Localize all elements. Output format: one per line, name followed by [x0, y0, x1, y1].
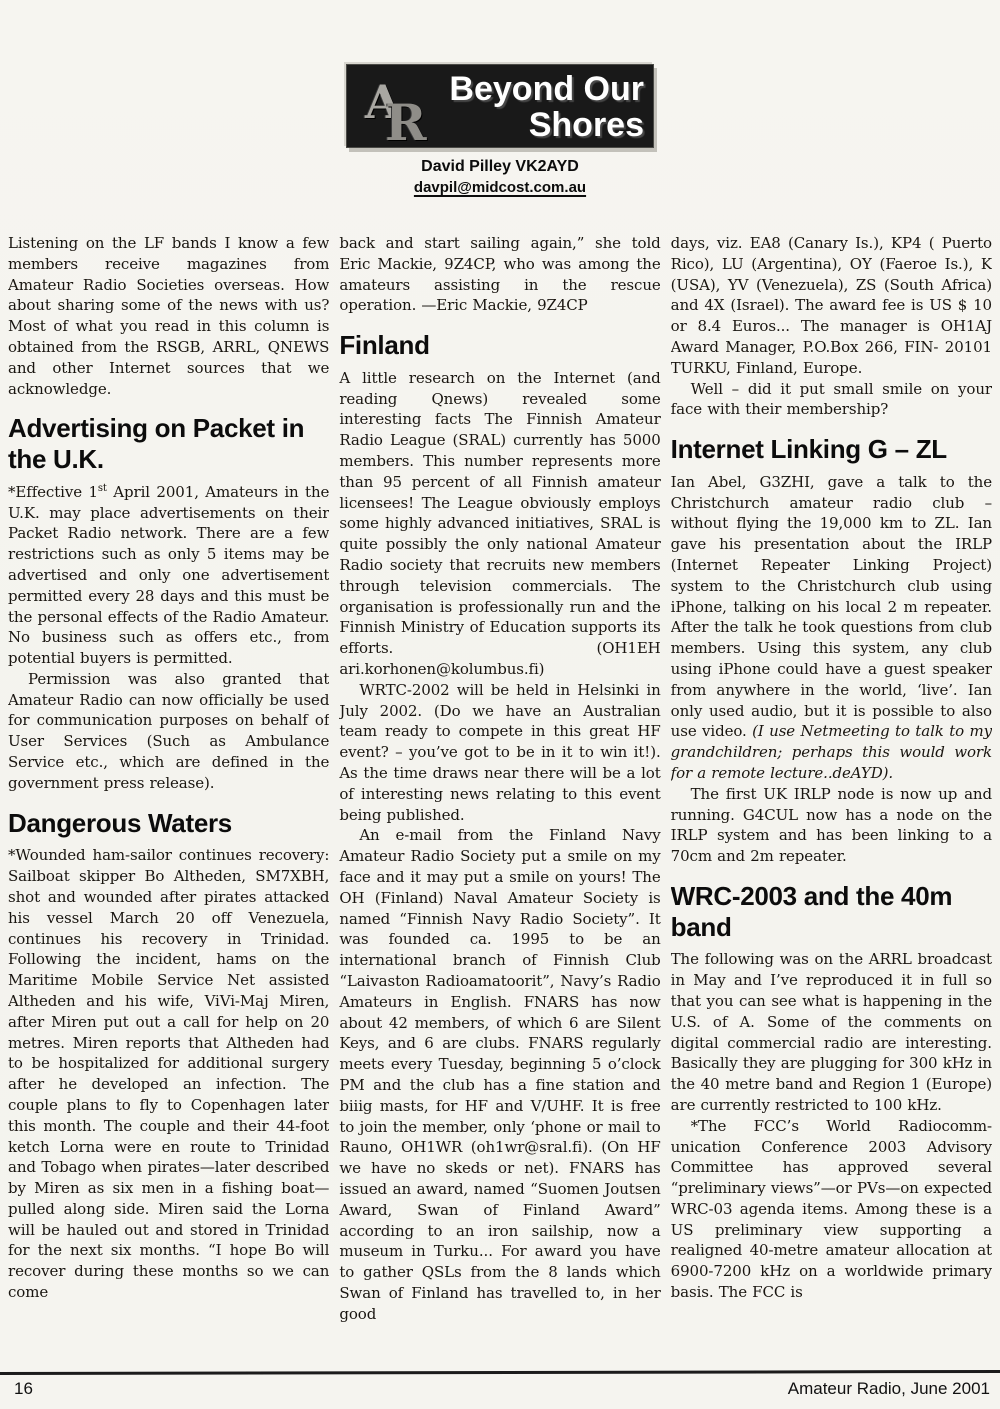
- body-paragraph: *Effective 1st April 2001, Amateurs in t…: [8, 482, 329, 669]
- body-paragraph: Well – did it put small smile on your fa…: [671, 379, 992, 421]
- body-paragraph: WRTC-2002 will be held in Helsinki in Ju…: [339, 680, 660, 826]
- paragraph-text: Ian Abel, G3ZHI, gave a talk to the Chri…: [671, 473, 992, 741]
- logo-letter-r: R: [385, 93, 427, 152]
- article-column-1: Listening on the LF bands I know a few m…: [8, 233, 329, 1363]
- body-paragraph: The following was on the ARRL broadcast …: [671, 949, 992, 1115]
- footer-divider: [0, 1370, 1000, 1375]
- body-paragraph: The first UK IRLP node is now up and run…: [671, 784, 992, 867]
- ar-logo-icon: A R: [353, 67, 443, 145]
- section-heading: Advertising on Packet in the U.K.: [8, 413, 329, 474]
- section-heading: Internet Linking G – ZL: [671, 434, 992, 465]
- section-heading: Dangerous Waters: [8, 808, 329, 839]
- body-paragraph: Permission was also granted that Amateur…: [8, 669, 329, 794]
- body-paragraph: A little research on the Internet (and r…: [339, 368, 660, 680]
- section-heading: WRC-2003 and the 40m band: [671, 881, 992, 942]
- page-number: 16: [14, 1379, 33, 1399]
- body-paragraph: Listening on the LF bands I know a few m…: [8, 233, 329, 399]
- body-paragraph: An e-mail from the Finland Navy Amateur …: [339, 825, 660, 1324]
- body-paragraph: *Wounded ham-sailor continues recovery: …: [8, 845, 329, 1303]
- journal-title: Amateur Radio, June 2001: [788, 1379, 990, 1399]
- article-column-3: days, viz. EA8 (Canary Is.), KP4 ( Puert…: [671, 233, 992, 1363]
- paragraph-text: *Effective 1: [8, 483, 98, 501]
- body-paragraph: back and start sailing again,” she told …: [339, 233, 660, 316]
- author-byline: David Pilley VK2AYD: [421, 157, 579, 176]
- article-column-2: back and start sailing again,” she told …: [339, 233, 660, 1363]
- section-heading: Finland: [339, 330, 660, 361]
- paragraph-text: April 2001, Amateurs in the U.K. may pla…: [8, 483, 329, 667]
- body-paragraph: days, viz. EA8 (Canary Is.), KP4 ( Puert…: [671, 233, 992, 379]
- body-paragraph: *The FCC’s World Radiocomm-unication Con…: [671, 1116, 992, 1303]
- superscript-text: st: [98, 483, 107, 494]
- column-title-banner: A R Beyond Our Shores: [346, 64, 654, 148]
- magazine-page: A R Beyond Our Shores David Pilley VK2AY…: [0, 0, 1000, 1409]
- body-paragraph: Ian Abel, G3ZHI, gave a talk to the Chri…: [671, 472, 992, 784]
- masthead: A R Beyond Our Shores David Pilley VK2AY…: [0, 64, 1000, 197]
- columns: Listening on the LF bands I know a few m…: [8, 233, 992, 1363]
- author-email: davpil@midcost.com.au: [414, 179, 586, 197]
